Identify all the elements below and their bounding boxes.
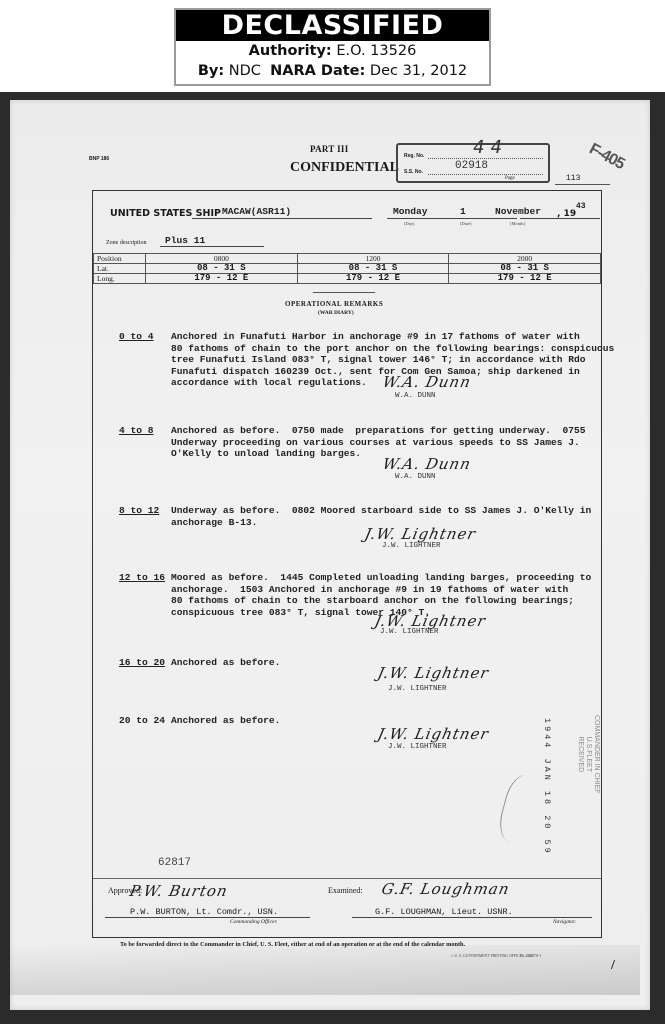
day-value: Monday (393, 206, 428, 218)
approved-caption: Commanding Officer. (230, 919, 277, 925)
year-suffix: 43 (576, 201, 586, 213)
declassified-title: DECLASSIFIED (176, 10, 489, 41)
watch-period: 16 to 20 (119, 657, 179, 669)
signer-name: J.W. LIGHTNER (382, 542, 441, 550)
divider (313, 292, 375, 293)
signer-name: J.W. LIGHTNER (388, 743, 447, 751)
position-table: Position 0800 1200 2000 Lat. 08 - 31 S 0… (93, 253, 601, 284)
zone-line (160, 246, 264, 247)
received-stamp: COMMANDER IN CHIEF U.S.FLEET RECEIVED (576, 715, 600, 794)
examined-signature: G.F. Loughman (380, 880, 511, 898)
date-value: 1 (460, 206, 466, 218)
ss-no-line (428, 174, 543, 175)
by-line: By: NDC NARA Date: Dec 31, 2012 (176, 61, 489, 81)
page-number-line (555, 184, 610, 185)
lat-value: 08 - 31 S (449, 264, 601, 274)
by-label: By: (198, 63, 224, 79)
signature: J.W. Lightner (376, 664, 491, 682)
lat-value: 08 - 31 S (297, 264, 449, 274)
declassified-stamp: DECLASSIFIED Authority: E.O. 13526 By: N… (174, 8, 491, 86)
serial-number: 02918 (455, 160, 488, 172)
page-number: 113 (566, 174, 580, 183)
watch-period: 12 to 16 (119, 572, 179, 584)
approved-signature: P.W. Burton (128, 882, 230, 900)
authority-line: Authority: E.O. 13526 (176, 41, 489, 61)
authority-value: E.O. 13526 (336, 43, 416, 59)
examined-label: Examined: (328, 886, 363, 895)
zone-value: Plus 11 (165, 235, 205, 247)
form-number: BNP 186 (89, 156, 109, 162)
by-value: NDC (229, 63, 261, 79)
signer-name: W.A. DUNN (395, 392, 436, 400)
divider (93, 878, 601, 879)
examined-caption: Navigator. (553, 919, 576, 925)
signature: J.W. Lightner (376, 725, 491, 743)
signer-name: W.A. DUNN (395, 473, 436, 481)
reg-no-line (428, 158, 543, 159)
paper-fold-shadow (10, 945, 640, 995)
row-label-lat: Lat. (94, 264, 146, 274)
table-row: Lat. 08 - 31 S 08 - 31 S 08 - 31 S (94, 264, 601, 274)
time-header: 0800 (146, 254, 298, 264)
watch-period: 20 to 24 (119, 715, 179, 727)
table-row: Long. 179 - 12 E 179 - 12 E 179 - 12 E (94, 274, 601, 284)
date-line (387, 218, 517, 219)
examined-line (352, 917, 592, 918)
year-line (520, 218, 600, 219)
table-row: Position 0800 1200 2000 (94, 254, 601, 264)
signature: J.W. Lightner (363, 525, 478, 543)
signature: W.A. Dunn (381, 373, 473, 391)
long-value: 179 - 12 E (449, 274, 601, 284)
signature: W.A. Dunn (381, 455, 473, 473)
document-number: 62817 (158, 857, 191, 869)
remarks-subtitle: (WAR DIARY) (318, 310, 354, 316)
time-header: 1200 (297, 254, 449, 264)
approved-name: P.W. BURTON, Lt. Comdr., USN. (130, 907, 278, 917)
reg-no-label: Reg. No. (404, 153, 424, 159)
time-header: 2000 (449, 254, 601, 264)
lat-value: 08 - 31 S (146, 264, 298, 274)
row-label-long: Long. (94, 274, 146, 284)
signer-name: J.W. LIGHTNER (388, 685, 447, 693)
nara-date-label: NARA Date: (270, 63, 365, 79)
watch-period: 4 to 8 (119, 425, 179, 437)
day-caption: (Day) (404, 221, 415, 226)
long-value: 179 - 12 E (146, 274, 298, 284)
month-caption: (Month) (510, 221, 525, 226)
part-label: PART III (310, 144, 349, 154)
remarks-title: OPERATIONAL REMARKS (285, 300, 383, 308)
classification-label: CONFIDENTIAL (290, 160, 399, 176)
month-value: November (495, 206, 541, 218)
long-value: 179 - 12 E (297, 274, 449, 284)
handwritten-number: 44 (471, 137, 510, 158)
form-code: 16—35070-1 (520, 953, 541, 958)
date-caption: (Date) (460, 221, 472, 226)
zone-label: Zone description (106, 240, 147, 246)
forwarding-instruction: To be forwarded direct to the Commander … (120, 941, 465, 948)
ship-name-line (192, 218, 372, 219)
watch-period: 0 to 4 (119, 331, 179, 343)
ship-name: MACAW(ASR11) (222, 206, 291, 218)
signer-name: J.W. LIGHTNER (380, 628, 439, 636)
remark-text: Anchored as before. 0750 made preparatio… (171, 425, 591, 460)
examined-name: G.F. LOUGHMAN, Lieut. USNR. (375, 907, 513, 917)
page-label: Page (505, 176, 515, 181)
corner-mark: / (611, 958, 615, 974)
watch-period: 8 to 12 (119, 505, 179, 517)
approved-line (105, 917, 310, 918)
nara-date-value: Dec 31, 2012 (370, 63, 467, 79)
row-label-position: Position (94, 254, 146, 264)
ss-no-label: S.S. No. (404, 169, 423, 175)
remark-text: Anchored in Funafuti Harbor in anchorage… (171, 331, 591, 389)
authority-label: Authority: (249, 43, 332, 59)
